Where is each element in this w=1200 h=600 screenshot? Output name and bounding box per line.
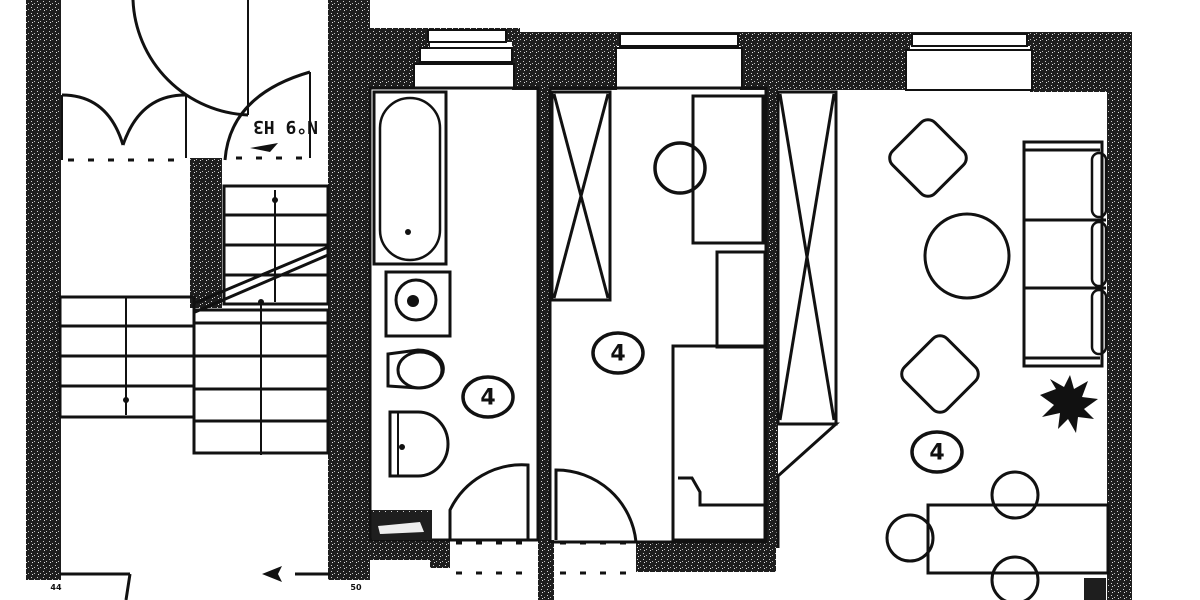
bathtub	[374, 92, 446, 264]
svg-text:4: 4	[480, 386, 495, 411]
nightstand	[717, 252, 765, 347]
chair-top	[992, 472, 1038, 518]
coffee-table	[925, 214, 1009, 298]
entry-arrow-icon	[262, 566, 282, 582]
living-room: 4	[778, 92, 1108, 600]
dimension-label-right: 50	[350, 583, 362, 592]
svg-text:4: 4	[929, 441, 944, 466]
floor-plan: N°9 H3 44 50	[0, 0, 1200, 600]
armchair-top	[886, 116, 971, 201]
chair-left	[887, 515, 933, 561]
plant-icon	[1040, 375, 1098, 433]
dining-table	[928, 505, 1108, 573]
chair-bottom	[992, 557, 1038, 600]
dimension-label-left: 44	[50, 583, 62, 592]
bathroom: 4	[370, 88, 538, 573]
sofa	[1024, 142, 1106, 366]
bedroom: 4	[550, 88, 766, 573]
svg-text:4: 4	[610, 342, 625, 367]
arrow-icon	[250, 143, 278, 152]
armchair-bottom	[898, 332, 983, 417]
door-swing-main	[133, 0, 248, 115]
landing-label: N°9 H3	[253, 116, 318, 137]
bed	[673, 346, 765, 540]
svg-text:N°9 H3: N°9 H3	[253, 116, 318, 137]
stool	[655, 143, 705, 193]
